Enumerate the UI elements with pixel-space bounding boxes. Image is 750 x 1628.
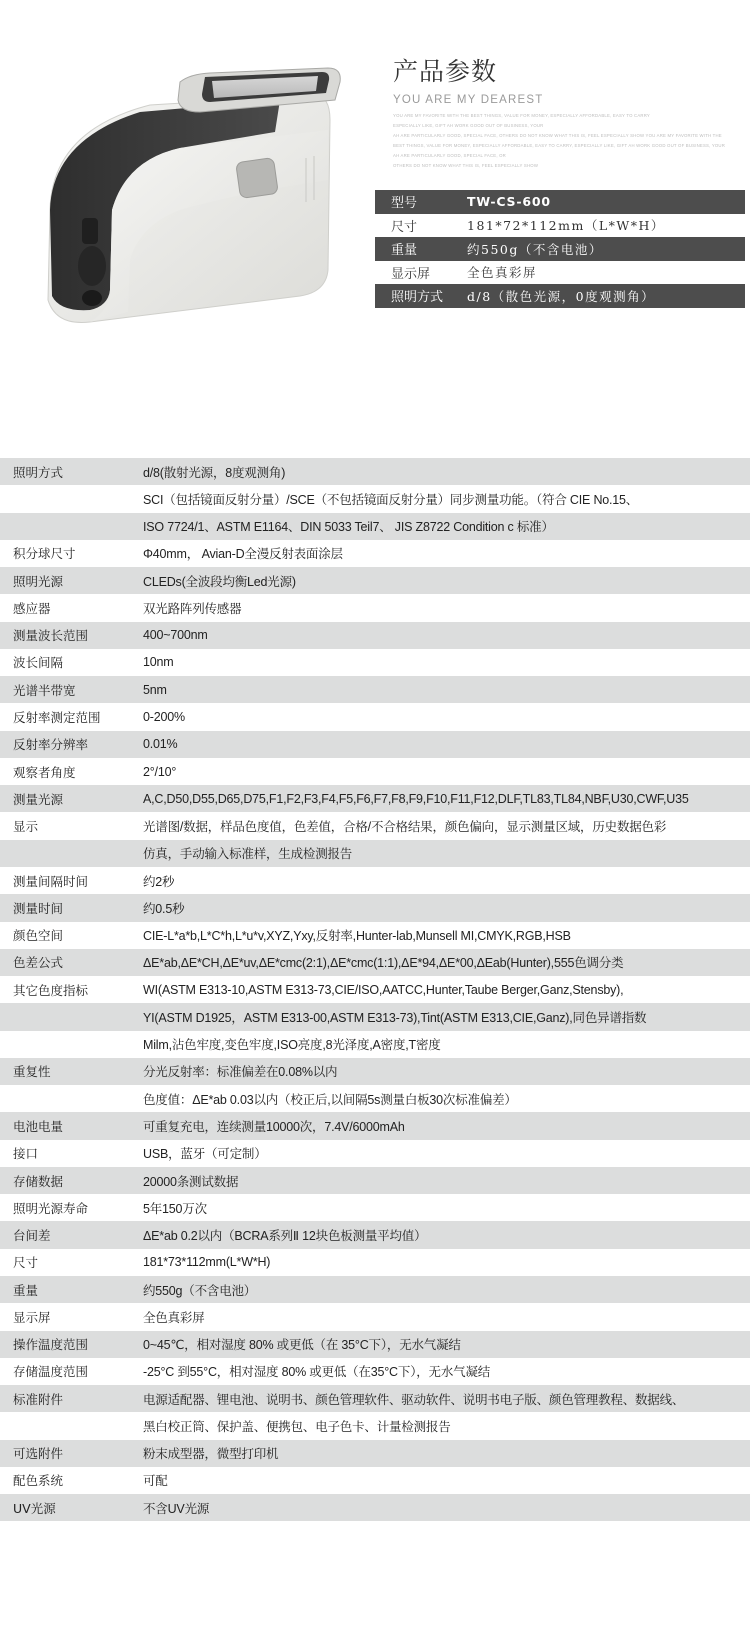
- summary-key: 尺寸: [375, 216, 467, 235]
- page-title: 产品参数: [393, 56, 743, 88]
- spec-value: 粉末成型器，微型打印机: [143, 1444, 750, 1462]
- summary-key: 照明方式: [375, 286, 467, 305]
- spec-value: ΔE*ab,ΔE*CH,ΔE*uv,ΔE*cmc(2:1),ΔE*cmc(1:1…: [143, 953, 750, 971]
- summary-row-model: 型号 TW-CS-600: [375, 190, 745, 214]
- spec-table: 照明方式d/8(散射光源，8度观测角) SCI（包括镜面反射分量）/SCE（不包…: [0, 458, 750, 1521]
- spec-label: 台间差: [0, 1226, 143, 1244]
- spec-value: WI(ASTM E313-10,ASTM E313-73,CIE/ISO,AAT…: [143, 983, 750, 997]
- spec-label: 存储温度范围: [0, 1362, 143, 1380]
- spec-row: 颜色空间CIE-L*a*b,L*C*h,L*u*v,XYZ,Yxy,反射率,Hu…: [0, 922, 750, 949]
- spec-label: 感应器: [0, 599, 143, 617]
- spec-row: 可选附件粉末成型器，微型打印机: [0, 1440, 750, 1467]
- spec-label: 尺寸: [0, 1253, 143, 1271]
- spec-value: d/8(散射光源，8度观测角): [143, 463, 750, 481]
- spec-value: USB，蓝牙（可定制）: [143, 1144, 750, 1162]
- summary-row-display: 显示屏 全色真彩屏: [375, 261, 745, 285]
- spec-row: 测量间隔时间约2秒: [0, 867, 750, 894]
- spec-row: 测量时间约0.5秒: [0, 894, 750, 921]
- spec-value: YI(ASTM D1925，ASTM E313-00,ASTM E313-73)…: [143, 1008, 750, 1026]
- spec-row: UV光源不含UV光源: [0, 1494, 750, 1521]
- spec-label: 照明光源寿命: [0, 1199, 143, 1217]
- filler-line: ESPECIALLY LIKE, GIFT AH WORK GOOD OUT O…: [393, 121, 743, 131]
- spec-value: 20000条测试数据: [143, 1172, 750, 1190]
- spec-value: 0-200%: [143, 710, 750, 724]
- summary-key: 显示屏: [375, 263, 467, 282]
- spec-label: 光谱半带宽: [0, 681, 143, 699]
- spec-label: 可选附件: [0, 1444, 143, 1462]
- summary-row-illumination: 照明方式 d/8（散色光源，0度观测角）: [375, 284, 745, 308]
- spec-row: 显示光谱图/数据，样品色度值，色差值，合格/不合格结果，颜色偏向，显示测量区域，…: [0, 812, 750, 839]
- spec-label: 存储数据: [0, 1172, 143, 1190]
- spec-row: 感应器双光路阵列传感器: [0, 594, 750, 621]
- spec-label: 观察者角度: [0, 763, 143, 781]
- summary-row-weight: 重量 约550g（不含电池）: [375, 237, 745, 261]
- spec-row: 显示屏全色真彩屏: [0, 1303, 750, 1330]
- summary-spec-table: 型号 TW-CS-600 尺寸 181*72*112mm（L*W*H） 重量 约…: [375, 190, 745, 308]
- spec-row: 台间差ΔE*ab 0.2以内（BCRA系列Ⅱ 12块色板测量平均值）: [0, 1221, 750, 1248]
- spec-label: 照明方式: [0, 463, 143, 481]
- spec-row: SCI（包括镜面反射分量）/SCE（不包括镜面反射分量）同步测量功能。（符合 C…: [0, 485, 750, 512]
- summary-value: TW-CS-600: [467, 194, 745, 209]
- spec-row: 接口USB，蓝牙（可定制）: [0, 1140, 750, 1167]
- spec-value: 全色真彩屏: [143, 1308, 750, 1326]
- page-subtitle: YOU ARE MY DEAREST: [393, 94, 743, 106]
- summary-row-size: 尺寸 181*72*112mm（L*W*H）: [375, 214, 745, 238]
- spec-value: 双光路阵列传感器: [143, 599, 750, 617]
- spec-value: 400~700nm: [143, 628, 750, 642]
- spec-label: 显示: [0, 817, 143, 835]
- spec-row: 存储温度范围-25°C 到55°C，相对湿度 80% 或更低（在35°C下），无…: [0, 1358, 750, 1385]
- spec-row: 色差公式ΔE*ab,ΔE*CH,ΔE*uv,ΔE*cmc(2:1),ΔE*cmc…: [0, 949, 750, 976]
- spec-label: 测量间隔时间: [0, 872, 143, 890]
- filler-line: AH ARE PARTICULARLY GOOD, SPECIAL FACE, …: [393, 131, 743, 141]
- spec-label: UV光源: [0, 1499, 143, 1517]
- spec-row: 电池电量可重复充电，连续测量10000次，7.4V/6000mAh: [0, 1112, 750, 1139]
- spec-label: 标准附件: [0, 1390, 143, 1408]
- spec-label: 测量时间: [0, 899, 143, 917]
- spec-value: Milm,沾色牢度,变色牢度,ISO亮度,8光泽度,A密度,T密度: [143, 1035, 750, 1053]
- spec-value: Φ40mm， Avian-D全漫反射表面涂层: [143, 544, 750, 562]
- spec-value: 约550g（不含电池）: [143, 1281, 750, 1299]
- spec-label: 积分球尺寸: [0, 544, 143, 562]
- spec-row: 存储数据20000条测试数据: [0, 1167, 750, 1194]
- spec-row: 光谱半带宽5nm: [0, 676, 750, 703]
- filler-line: YOU ARE MY FAVORITE WITH THE BEST THINGS…: [393, 111, 743, 121]
- spec-row: 积分球尺寸Φ40mm， Avian-D全漫反射表面涂层: [0, 540, 750, 567]
- spec-label: 其它色度指标: [0, 981, 143, 999]
- spec-row: 其它色度指标WI(ASTM E313-10,ASTM E313-73,CIE/I…: [0, 976, 750, 1003]
- spec-value: 可配: [143, 1471, 750, 1489]
- spec-value: SCI（包括镜面反射分量）/SCE（不包括镜面反射分量）同步测量功能。（符合 C…: [143, 490, 750, 508]
- spec-value: CIE-L*a*b,L*C*h,L*u*v,XYZ,Yxy,反射率,Hunter…: [143, 926, 750, 944]
- spec-value: -25°C 到55°C，相对湿度 80% 或更低（在35°C下），无水气凝结: [143, 1362, 750, 1380]
- spec-value: 不含UV光源: [143, 1499, 750, 1517]
- spec-row: 标准附件电源适配器、锂电池、说明书、颜色管理软件、驱动软件、说明书电子版、颜色管…: [0, 1385, 750, 1412]
- spec-row: 测量波长范围400~700nm: [0, 622, 750, 649]
- spec-value: 0.01%: [143, 737, 750, 751]
- spec-value: 181*73*112mm(L*W*H): [143, 1255, 750, 1269]
- spec-row: YI(ASTM D1925，ASTM E313-00,ASTM E313-73)…: [0, 1003, 750, 1030]
- filler-line: OTHERS DO NOT KNOW WHAT THIS IS, FEEL ES…: [393, 161, 743, 171]
- spec-value: ΔE*ab 0.2以内（BCRA系列Ⅱ 12块色板测量平均值）: [143, 1226, 750, 1244]
- summary-key: 重量: [375, 239, 467, 258]
- spec-label: 反射率分辨率: [0, 735, 143, 753]
- spec-value: 电源适配器、锂电池、说明书、颜色管理软件、驱动软件、说明书电子版、颜色管理教程、…: [143, 1390, 750, 1408]
- spec-row: 操作温度范围0~45℃，相对湿度 80% 或更低（在 35°C下），无水气凝结: [0, 1331, 750, 1358]
- spec-value: CLEDs(全波段均衡Led光源): [143, 572, 750, 590]
- spec-label: 显示屏: [0, 1308, 143, 1326]
- spec-value: 可重复充电，连续测量10000次，7.4V/6000mAh: [143, 1117, 750, 1135]
- spec-row: 照明方式d/8(散射光源，8度观测角): [0, 458, 750, 485]
- spec-label: 反射率测定范围: [0, 708, 143, 726]
- spec-value: 约2秒: [143, 872, 750, 890]
- filler-line: BEST THINGS, VALUE FOR MONEY, ESPECIALLY…: [393, 141, 743, 151]
- spec-row: 色度值：ΔE*ab 0.03以内（校正后,以间隔5s测量白板30次标准偏差）: [0, 1085, 750, 1112]
- spec-label: 电池电量: [0, 1117, 143, 1135]
- summary-value: 约550g（不含电池）: [467, 240, 745, 258]
- spec-row: 反射率测定范围0-200%: [0, 703, 750, 730]
- spec-value: 色度值：ΔE*ab 0.03以内（校正后,以间隔5s测量白板30次标准偏差）: [143, 1090, 750, 1108]
- decorative-filler-text: YOU ARE MY FAVORITE WITH THE BEST THINGS…: [393, 111, 743, 171]
- spec-row: 反射率分辨率0.01%: [0, 731, 750, 758]
- spec-label: 接口: [0, 1144, 143, 1162]
- summary-key: 型号: [375, 192, 467, 211]
- spec-row: 配色系统可配: [0, 1467, 750, 1494]
- summary-value: 全色真彩屏: [467, 263, 745, 281]
- summary-value: 181*72*112mm（L*W*H）: [467, 216, 745, 234]
- spec-row: 测量光源A,C,D50,D55,D65,D75,F1,F2,F3,F4,F5,F…: [0, 785, 750, 812]
- spec-label: 配色系统: [0, 1471, 143, 1489]
- spec-label: 测量光源: [0, 790, 143, 808]
- spec-label: 色差公式: [0, 953, 143, 971]
- spec-label: 重复性: [0, 1062, 143, 1080]
- colorimeter-device-illustration: [30, 60, 350, 350]
- spec-row: Milm,沾色牢度,变色牢度,ISO亮度,8光泽度,A密度,T密度: [0, 1031, 750, 1058]
- spec-row: 黑白校正筒、保护盖、便携包、电子色卡、计量检测报告: [0, 1412, 750, 1439]
- spec-value: A,C,D50,D55,D65,D75,F1,F2,F3,F4,F5,F6,F7…: [143, 792, 750, 806]
- spec-row: ISO 7724/1、ASTM E1164、DIN 5033 Teil7、 JI…: [0, 513, 750, 540]
- spec-label: 照明光源: [0, 572, 143, 590]
- spec-label: 颜色空间: [0, 926, 143, 944]
- spec-value: 5nm: [143, 683, 750, 697]
- spec-row: 重复性分光反射率：标准偏差在0.08%以内: [0, 1058, 750, 1085]
- spec-value: 分光反射率：标准偏差在0.08%以内: [143, 1062, 750, 1080]
- spec-value: 10nm: [143, 655, 750, 669]
- spec-value: 2°/10°: [143, 765, 750, 779]
- spec-label: 操作温度范围: [0, 1335, 143, 1353]
- spec-label: 测量波长范围: [0, 626, 143, 644]
- spec-row: 波长间隔10nm: [0, 649, 750, 676]
- spec-value: ISO 7724/1、ASTM E1164、DIN 5033 Teil7、 JI…: [143, 517, 750, 535]
- spec-value: 光谱图/数据，样品色度值，色差值，合格/不合格结果，颜色偏向，显示测量区域，历史…: [143, 817, 750, 835]
- spec-row: 仿真，手动输入标准样，生成检测报告: [0, 840, 750, 867]
- filler-line: AH ARE PARTICULARLY GOOD, SPECIAL FACE, …: [393, 151, 743, 161]
- header-block: 产品参数 YOU ARE MY DEAREST YOU ARE MY FAVOR…: [393, 56, 743, 171]
- product-image: [30, 60, 350, 350]
- spec-row: 观察者角度2°/10°: [0, 758, 750, 785]
- spec-row: 照明光源CLEDs(全波段均衡Led光源): [0, 567, 750, 594]
- spec-value: 黑白校正筒、保护盖、便携包、电子色卡、计量检测报告: [143, 1417, 750, 1435]
- spec-row: 尺寸181*73*112mm(L*W*H): [0, 1249, 750, 1276]
- spec-label: 波长间隔: [0, 653, 143, 671]
- spec-row: 重量约550g（不含电池）: [0, 1276, 750, 1303]
- spec-value: 仿真，手动输入标准样，生成检测报告: [143, 844, 750, 862]
- spec-label: 重量: [0, 1281, 143, 1299]
- spec-value: 0~45℃，相对湿度 80% 或更低（在 35°C下），无水气凝结: [143, 1335, 750, 1353]
- spec-value: 5年150万次: [143, 1199, 750, 1217]
- spec-value: 约0.5秒: [143, 899, 750, 917]
- spec-row: 照明光源寿命5年150万次: [0, 1194, 750, 1221]
- summary-value: d/8（散色光源，0度观测角）: [467, 287, 745, 305]
